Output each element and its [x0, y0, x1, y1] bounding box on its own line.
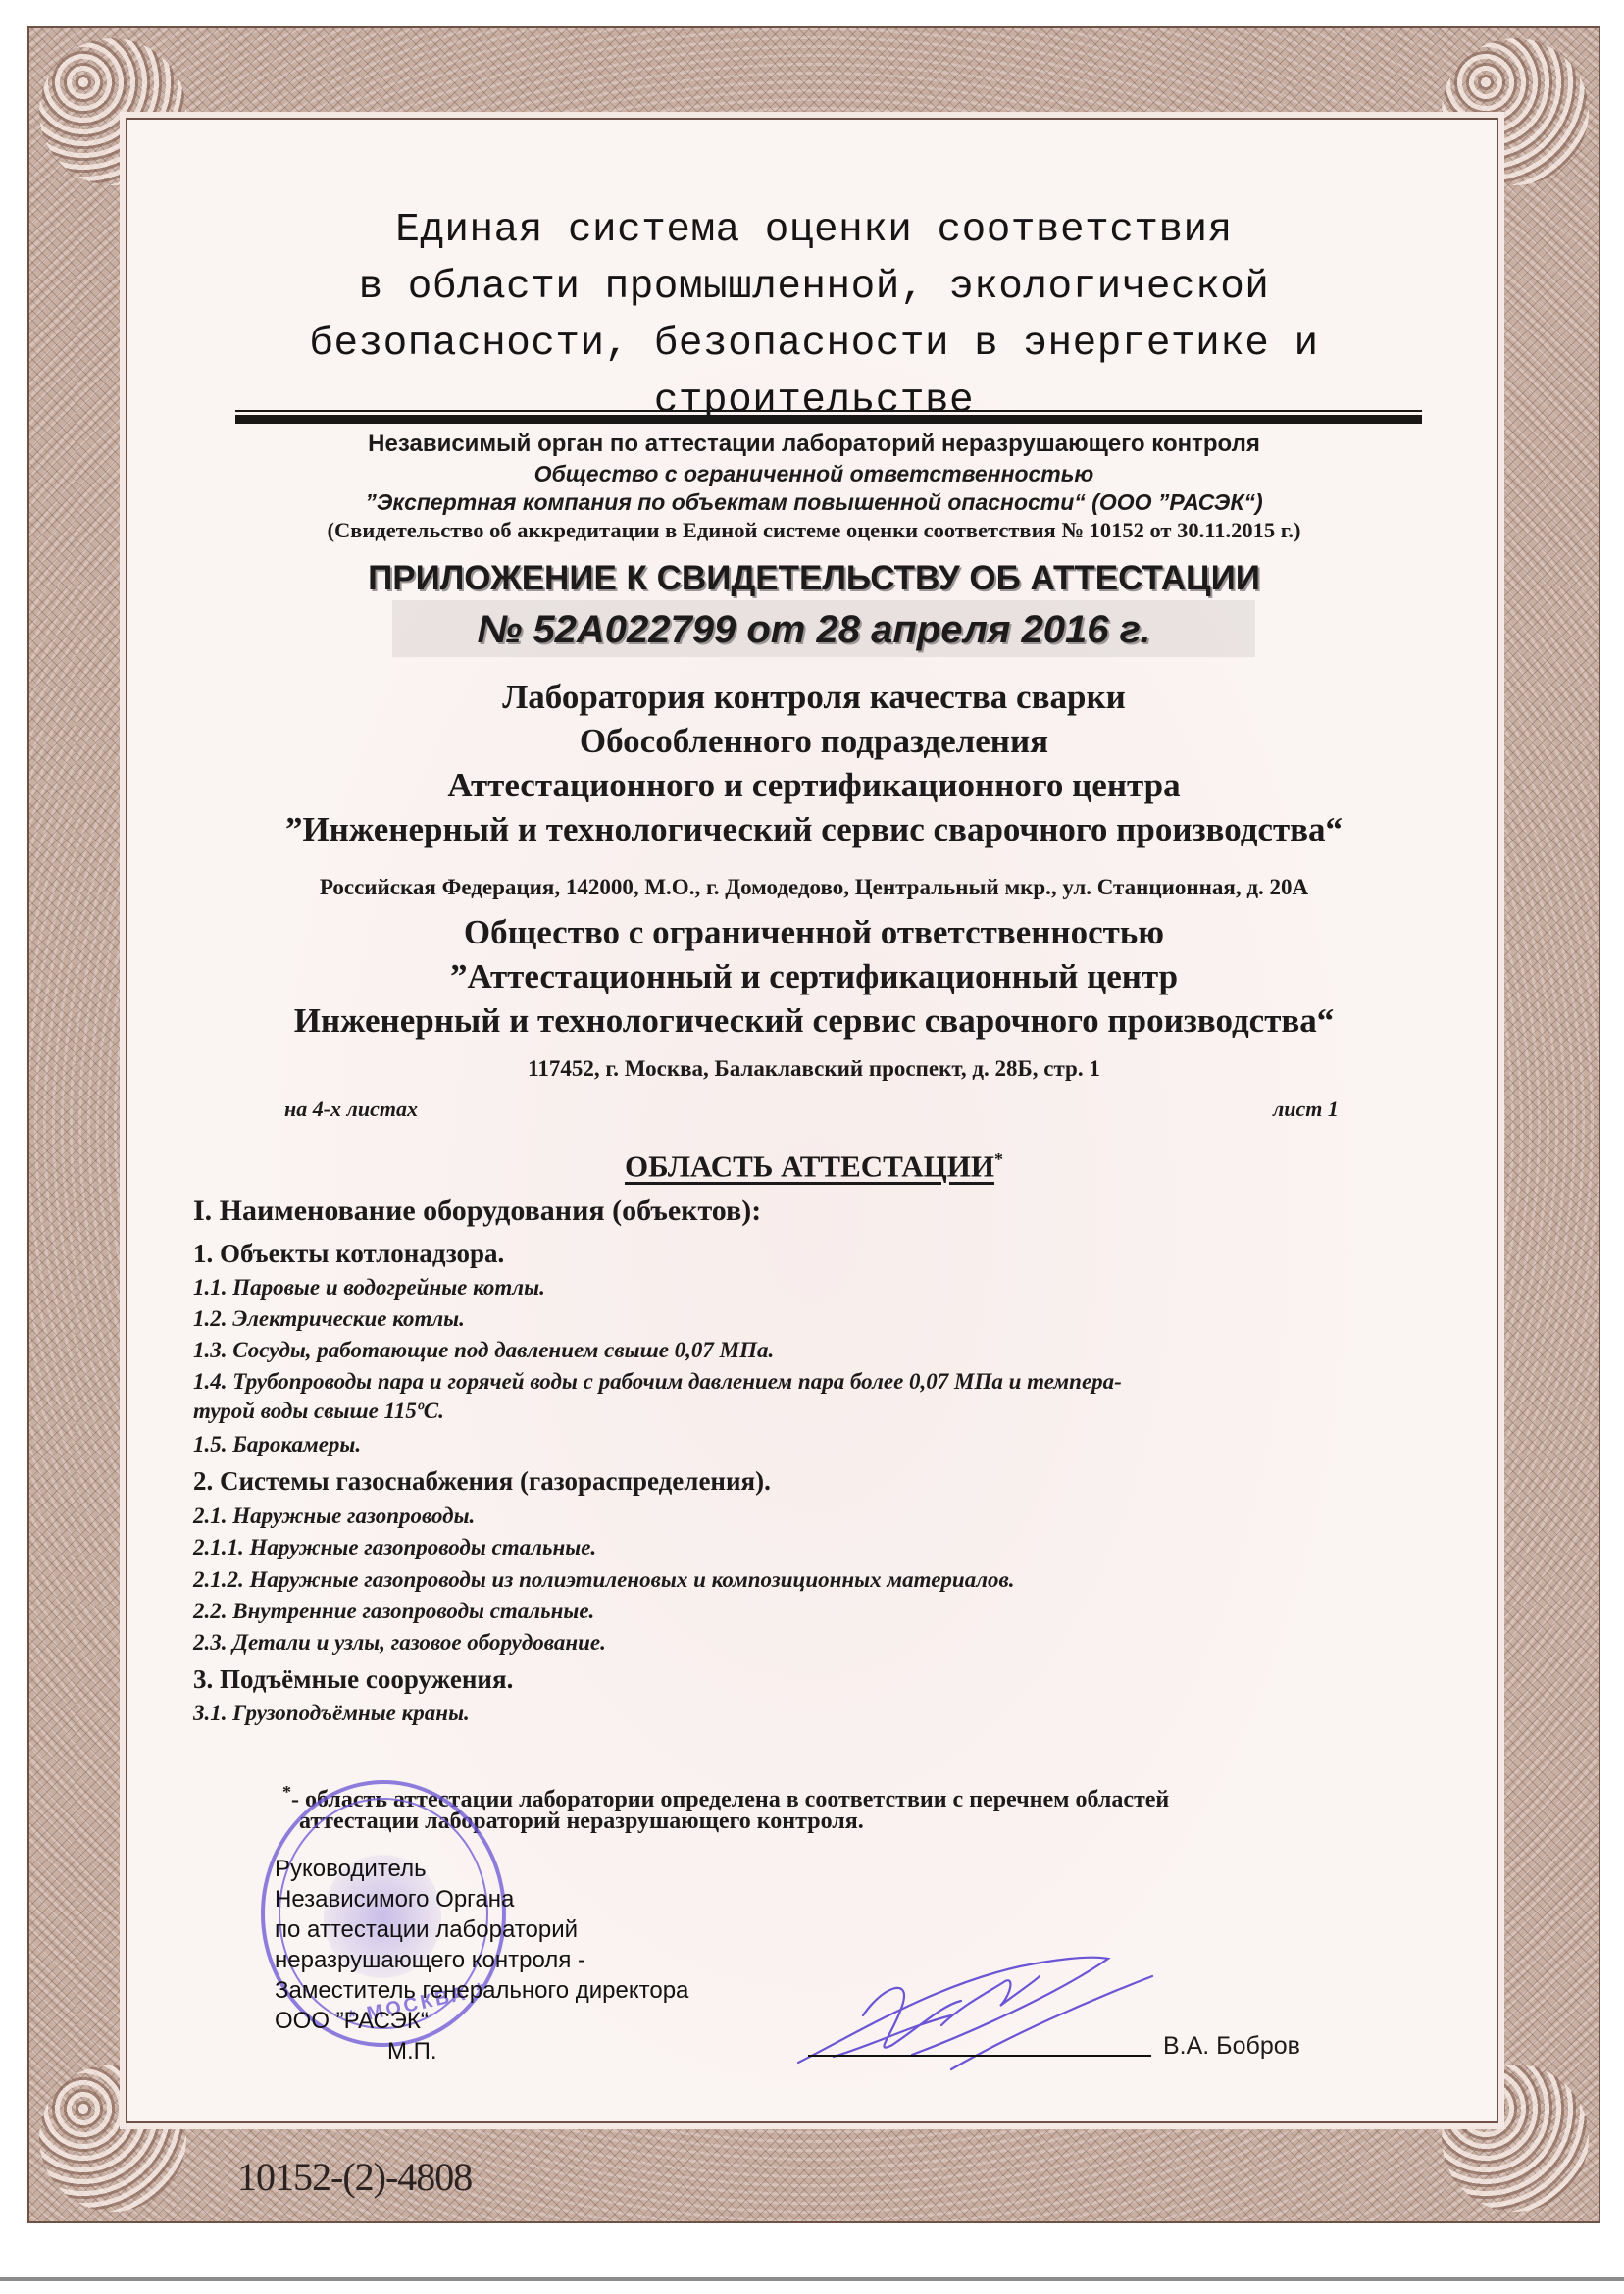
position-line: по аттестации лабораторий: [275, 1914, 688, 1945]
system-title: Единая система оценки соответствия в обл…: [186, 202, 1442, 430]
issuing-body: Независимый орган по аттестации лаборато…: [186, 430, 1442, 459]
seal-place-label: М.П.: [275, 2036, 688, 2066]
system-title-line: безопасности, безопасности в энергетике …: [186, 316, 1442, 373]
scope-item: 1.3. Сосуды, работающие под давлением св…: [193, 1336, 774, 1365]
laboratory-line: Обособленного подразделения: [186, 719, 1442, 763]
signature-line: [808, 2055, 1151, 2057]
scope-item: 3.1. Грузоподъёмные краны.: [193, 1699, 470, 1728]
scan-edge: [0, 2277, 1624, 2281]
scope-item: 1.2. Электрические котлы.: [193, 1304, 465, 1334]
divider-thin: [235, 410, 1422, 412]
org-name: ”Экспертная компания по объектам повышен…: [186, 487, 1442, 517]
parent-org-line: Общество с ограниченной ответственностью: [186, 910, 1442, 954]
parent-org-address: 117452, г. Москва, Балаклавский проспект…: [186, 1054, 1442, 1084]
scope-category: 2. Системы газоснабжения (газораспределе…: [193, 1466, 771, 1496]
scope-title-wrap: ОБЛАСТЬ АТТЕСТАЦИИ*: [186, 1140, 1442, 1186]
laboratory-line: ”Инженерный и технологический сервис сва…: [186, 807, 1442, 851]
scope-item: 2.1.2. Наружные газопроводы из полиэтиле…: [193, 1565, 1015, 1595]
certificate-content: Единая система оценки соответствия в обл…: [0, 0, 1624, 2294]
scope-item: 2.3. Детали и узлы, газовое оборудование…: [193, 1628, 606, 1657]
position-line: Заместитель генерального директора: [275, 1975, 688, 2006]
system-title-line: в области промышленной, экологической: [186, 259, 1442, 316]
scope-item: турой воды свыше 115ºС.: [193, 1397, 444, 1426]
divider-thick: [235, 415, 1422, 424]
laboratory-line: Лаборатория контроля качества сварки: [186, 675, 1442, 719]
certificate-title: ПРИЛОЖЕНИЕ К СВИДЕТЕЛЬСТВУ ОБ АТТЕСТАЦИИ: [186, 557, 1442, 600]
position-line: ООО ”РАСЭК“: [275, 2006, 688, 2036]
sheet-current: лист 1: [1273, 1096, 1339, 1122]
scope-asterisk: *: [994, 1149, 1003, 1169]
laboratory-address: Российская Федерация, 142000, М.О., г. Д…: [186, 873, 1442, 902]
scope-item: 2.2. Внутренние газопроводы стальные.: [193, 1597, 594, 1626]
org-form: Общество с ограниченной ответственностью: [186, 459, 1442, 488]
parent-org-line: ”Аттестационный и сертификационный центр: [186, 954, 1442, 998]
scope-item: 1.5. Барокамеры.: [193, 1430, 361, 1459]
sheets-total: на 4-х листах: [284, 1096, 418, 1122]
laboratory-line: Аттестационного и сертификационного цент…: [186, 763, 1442, 807]
position-line: неразрушающего контроля -: [275, 1945, 688, 1975]
parent-org-line: Инженерный и технологический сервис свар…: [186, 998, 1442, 1043]
section-heading: I. Наименование оборудования (объектов):: [193, 1195, 761, 1228]
scope-item: 1.4. Трубопроводы пара и горячей воды с …: [193, 1367, 1122, 1397]
parent-org-block: Общество с ограниченной ответственностью…: [186, 910, 1442, 1043]
scope-item: 1.1. Паровые и водогрейные котлы.: [193, 1273, 545, 1302]
accreditation-note: (Свидетельство об аккредитации в Единой …: [186, 516, 1442, 545]
position-line: Руководитель: [275, 1854, 688, 1884]
footnote-mark: *: [282, 1782, 291, 1802]
laboratory-block: Лаборатория контроля качества сварки Обо…: [186, 675, 1442, 851]
registration-number: 10152-(2)-4808: [237, 2154, 472, 2200]
scope-item: 2.1. Наружные газопроводы.: [193, 1502, 475, 1531]
scope-category: 1. Объекты котлонадзора.: [193, 1239, 504, 1268]
signatory-position: Руководитель Независимого Органа по атте…: [275, 1854, 688, 2066]
scope-item: 2.1.1. Наружные газопроводы стальные.: [193, 1533, 596, 1562]
scope-category: 3. Подъёмные сооружения.: [193, 1664, 513, 1694]
certificate-number: № 52А022799 от 28 апреля 2016 г.: [186, 605, 1442, 654]
signer-name: В.А. Бобров: [1163, 2032, 1300, 2061]
scope-title: ОБЛАСТЬ АТТЕСТАЦИИ: [625, 1148, 994, 1183]
system-title-line: Единая система оценки соответствия: [186, 202, 1442, 259]
position-line: Независимого Органа: [275, 1884, 688, 1914]
